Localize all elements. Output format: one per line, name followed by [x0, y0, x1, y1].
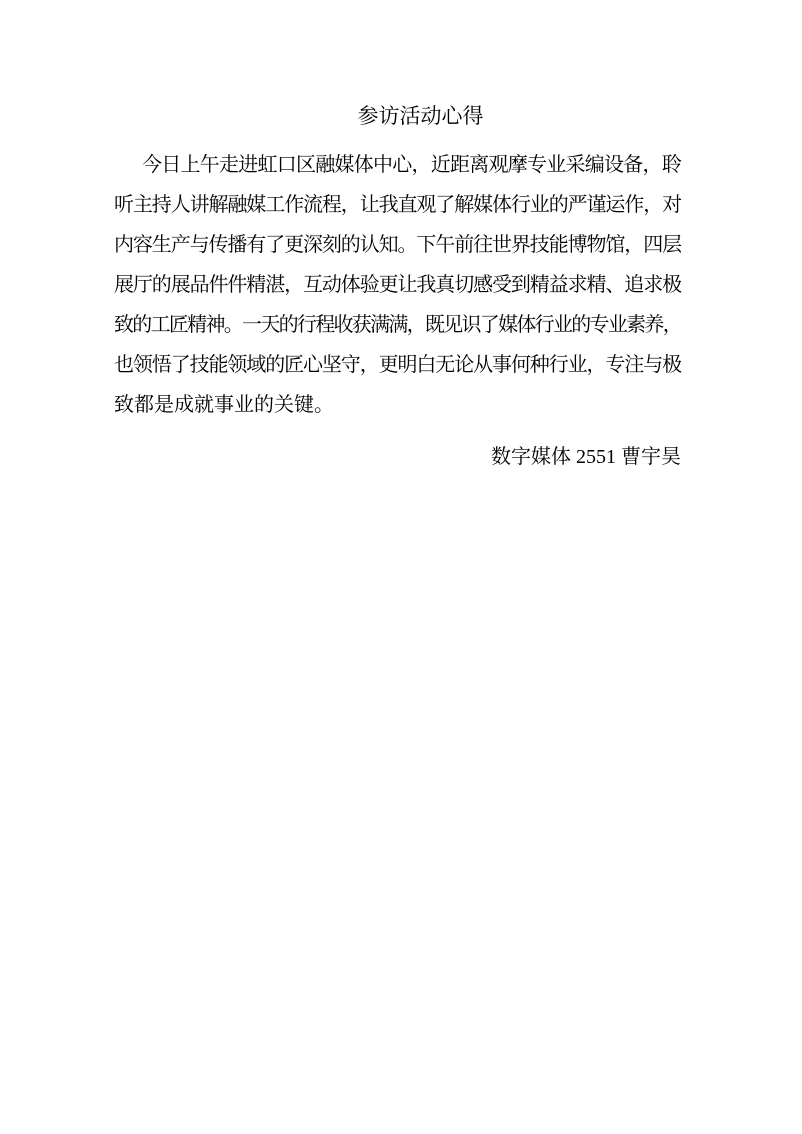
paragraph-line-text: 今日上午走进虹口区融媒体中心，近距离观摩专业采编设备，聆 — [142, 154, 681, 176]
paragraph-line: 也领悟了技能领域的匠心坚守，更明白无论从事何种行业，专注与极 — [114, 345, 681, 385]
paragraph-line-text: 致都是成就事业的关键。 — [114, 394, 334, 416]
paragraph-line: 内容生产与传播有了更深刻的认知。下午前往世界技能博物馆，四层 — [114, 225, 681, 265]
paragraph-line-text: 听主持人讲解融媒工作流程，让我直观了解媒体行业的严谨运作，对 — [114, 194, 681, 216]
paragraph-line-text: 也领悟了技能领域的匠心坚守，更明白无论从事何种行业，专注与极 — [114, 354, 681, 376]
paragraph-line-text: 内容生产与传播有了更深刻的认知。下午前往世界技能博物馆，四层 — [114, 234, 681, 256]
paragraph-line: 展厅的展品件件精湛，互动体验更让我真切感受到精益求精、追求极 — [114, 265, 681, 305]
document-content: 参访活动心得 今日上午走进虹口区融媒体中心，近距离观摩专业采编设备，聆 听主持人… — [114, 0, 681, 477]
body-paragraph: 今日上午走进虹口区融媒体中心，近距离观摩专业采编设备，聆 听主持人讲解融媒工作流… — [114, 145, 681, 425]
paragraph-line: 听主持人讲解融媒工作流程，让我直观了解媒体行业的严谨运作，对 — [114, 185, 681, 225]
paragraph-line: 致的工匠精神。一天的行程收获满满，既见识了媒体行业的专业素养， — [114, 305, 681, 345]
document-title: 参访活动心得 — [114, 96, 681, 136]
signature-line: 数字媒体 2551 曹宇昊 — [114, 437, 681, 477]
paragraph-line-text: 展厅的展品件件精湛，互动体验更让我真切感受到精益求精、追求极 — [114, 274, 681, 296]
paragraph-line: 今日上午走进虹口区融媒体中心，近距离观摩专业采编设备，聆 — [114, 145, 681, 185]
signature-text: 数字媒体 2551 曹宇昊 — [491, 446, 681, 468]
paragraph-last-line: 致都是成就事业的关键。 — [114, 385, 681, 425]
paragraph-line-text: 致的工匠精神。一天的行程收获满满，既见识了媒体行业的专业素养， — [114, 314, 681, 336]
